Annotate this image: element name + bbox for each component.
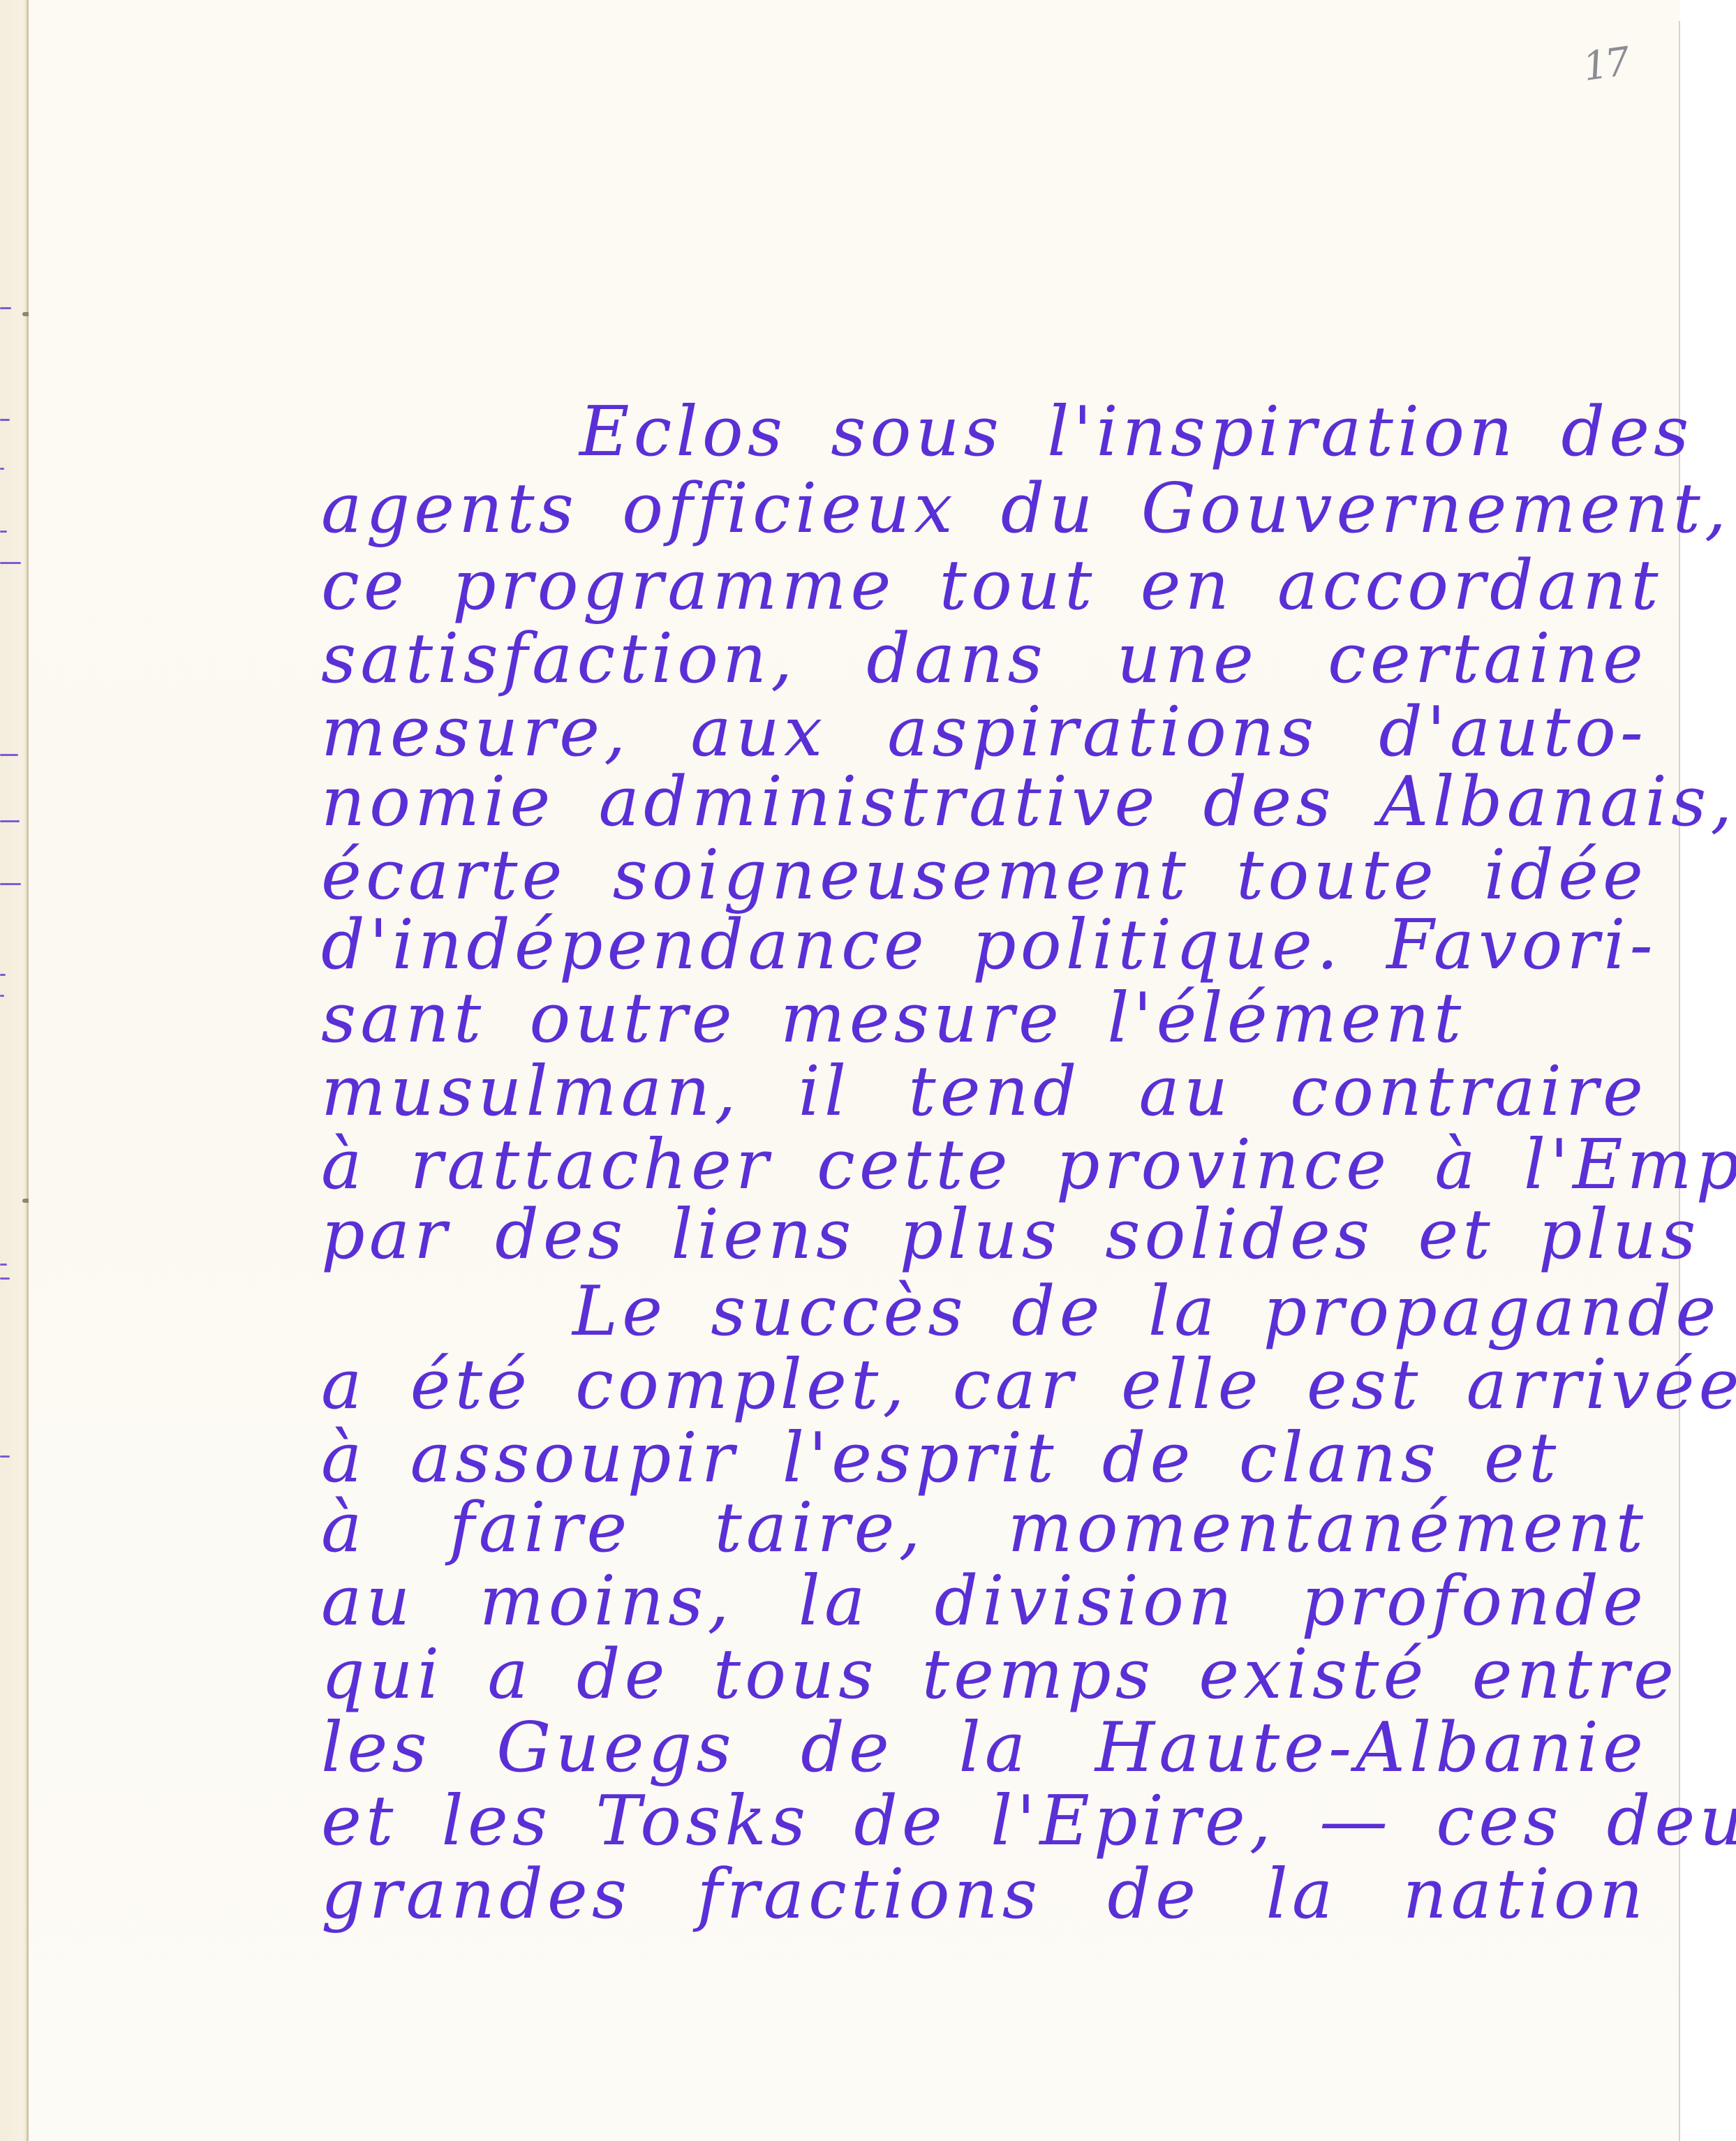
manuscript-line: par des liens plus solides et plus intim… bbox=[321, 1201, 1647, 1269]
manuscript-line: agents officieux du Gouvernement, bbox=[321, 475, 1647, 543]
manuscript-line: Eclos sous l'inspiration des bbox=[579, 398, 1647, 466]
manuscript-line: à faire taire, momentanément bbox=[321, 1494, 1647, 1562]
manuscript-line: a été complet, car elle est arrivée bbox=[321, 1351, 1647, 1419]
manuscript-line: à rattacher cette province à l'Empire bbox=[321, 1131, 1647, 1199]
manuscript-line: grandes fractions de la nation bbox=[321, 1860, 1647, 1929]
manuscript-line: satisfaction, dans une certaine bbox=[321, 625, 1647, 693]
manuscript-line: les Guegs de la Haute-Albanie bbox=[321, 1714, 1647, 1782]
manuscript-line: mesure, aux aspirations d'auto- bbox=[321, 698, 1647, 766]
manuscript-line: au moins, la division profonde bbox=[321, 1567, 1647, 1636]
manuscript-line: nomie administrative des Albanais, bbox=[321, 768, 1647, 836]
manuscript-line: sant outre mesure l'élément bbox=[321, 984, 1647, 1053]
manuscript-line: Le succès de la propagande bbox=[572, 1277, 1647, 1346]
manuscript-line: d'indépendance politique. Favori- bbox=[321, 911, 1647, 979]
manuscript-line: à assoupir l'esprit de clans et bbox=[321, 1424, 1647, 1492]
scanned-manuscript: 17 Eclos sous l'inspiration des agents o… bbox=[0, 0, 1736, 2141]
manuscript-line: ce programme tout en accordant bbox=[321, 551, 1647, 620]
manuscript-line: musulman, il tend au contraire bbox=[321, 1058, 1647, 1126]
manuscript-line: écarte soigneusement toute idée bbox=[321, 841, 1647, 910]
manuscript-text: Eclos sous l'inspiration des agents offi… bbox=[0, 0, 1736, 2141]
manuscript-line: et les Tosks de l'Epire, — ces deux bbox=[321, 1787, 1647, 1855]
manuscript-line: qui a de tous temps existé entre bbox=[321, 1640, 1647, 1709]
